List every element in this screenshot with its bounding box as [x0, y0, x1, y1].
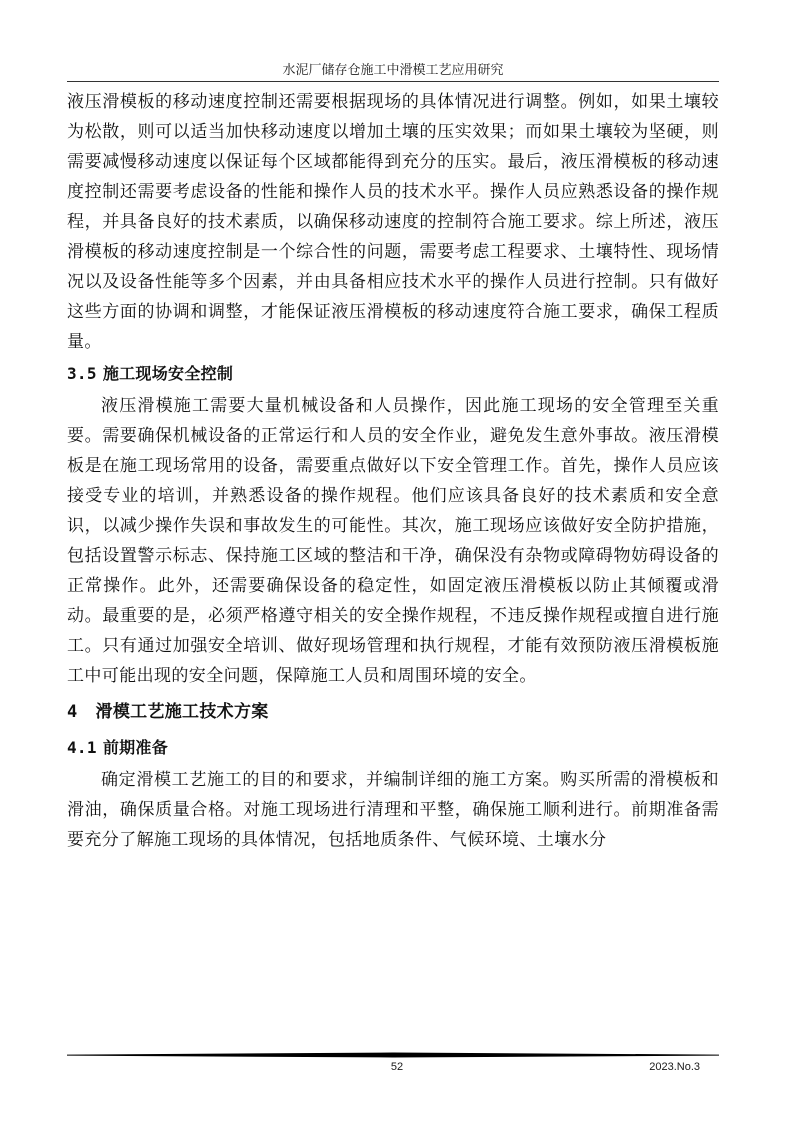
section-heading-4-1: 4.1前期准备 — [67, 731, 719, 765]
section-title: 前期准备 — [103, 738, 168, 757]
section-title: 滑模工艺施工技术方案 — [96, 702, 269, 722]
section-number: 4.1 — [67, 738, 97, 757]
section-number: 4 — [67, 702, 78, 722]
running-header: 水泥厂储存仓施工中滑模工艺应用研究 — [67, 62, 719, 80]
paragraph-preparation: 确定滑模工艺施工的目的和要求，并编制详细的施工方案。购买所需的滑模板和滑油，确保… — [67, 765, 719, 855]
section-number: 3.5 — [67, 364, 97, 383]
page-number: 52 — [380, 1061, 414, 1073]
tapered-line-icon — [67, 1052, 719, 1058]
section-heading-3-5: 3.5施工现场安全控制 — [67, 357, 719, 391]
article-body: 液压滑模板的移动速度控制还需要根据现场的具体情况进行调整。例如，如果土壤较为松散… — [67, 87, 719, 855]
section-title: 施工现场安全控制 — [103, 364, 233, 383]
paragraph-safety-control: 液压滑模施工需要大量机械设备和人员操作，因此施工现场的安全管理至关重要。需要确保… — [67, 391, 719, 691]
paragraph-continued: 液压滑模板的移动速度控制还需要根据现场的具体情况进行调整。例如，如果土壤较为松散… — [67, 87, 719, 357]
footer-rule — [67, 1052, 719, 1058]
header-rule — [67, 81, 719, 82]
section-heading-4: 4滑模工艺施工技术方案 — [67, 693, 719, 731]
issue-label: 2023.No.3 — [620, 1061, 700, 1073]
